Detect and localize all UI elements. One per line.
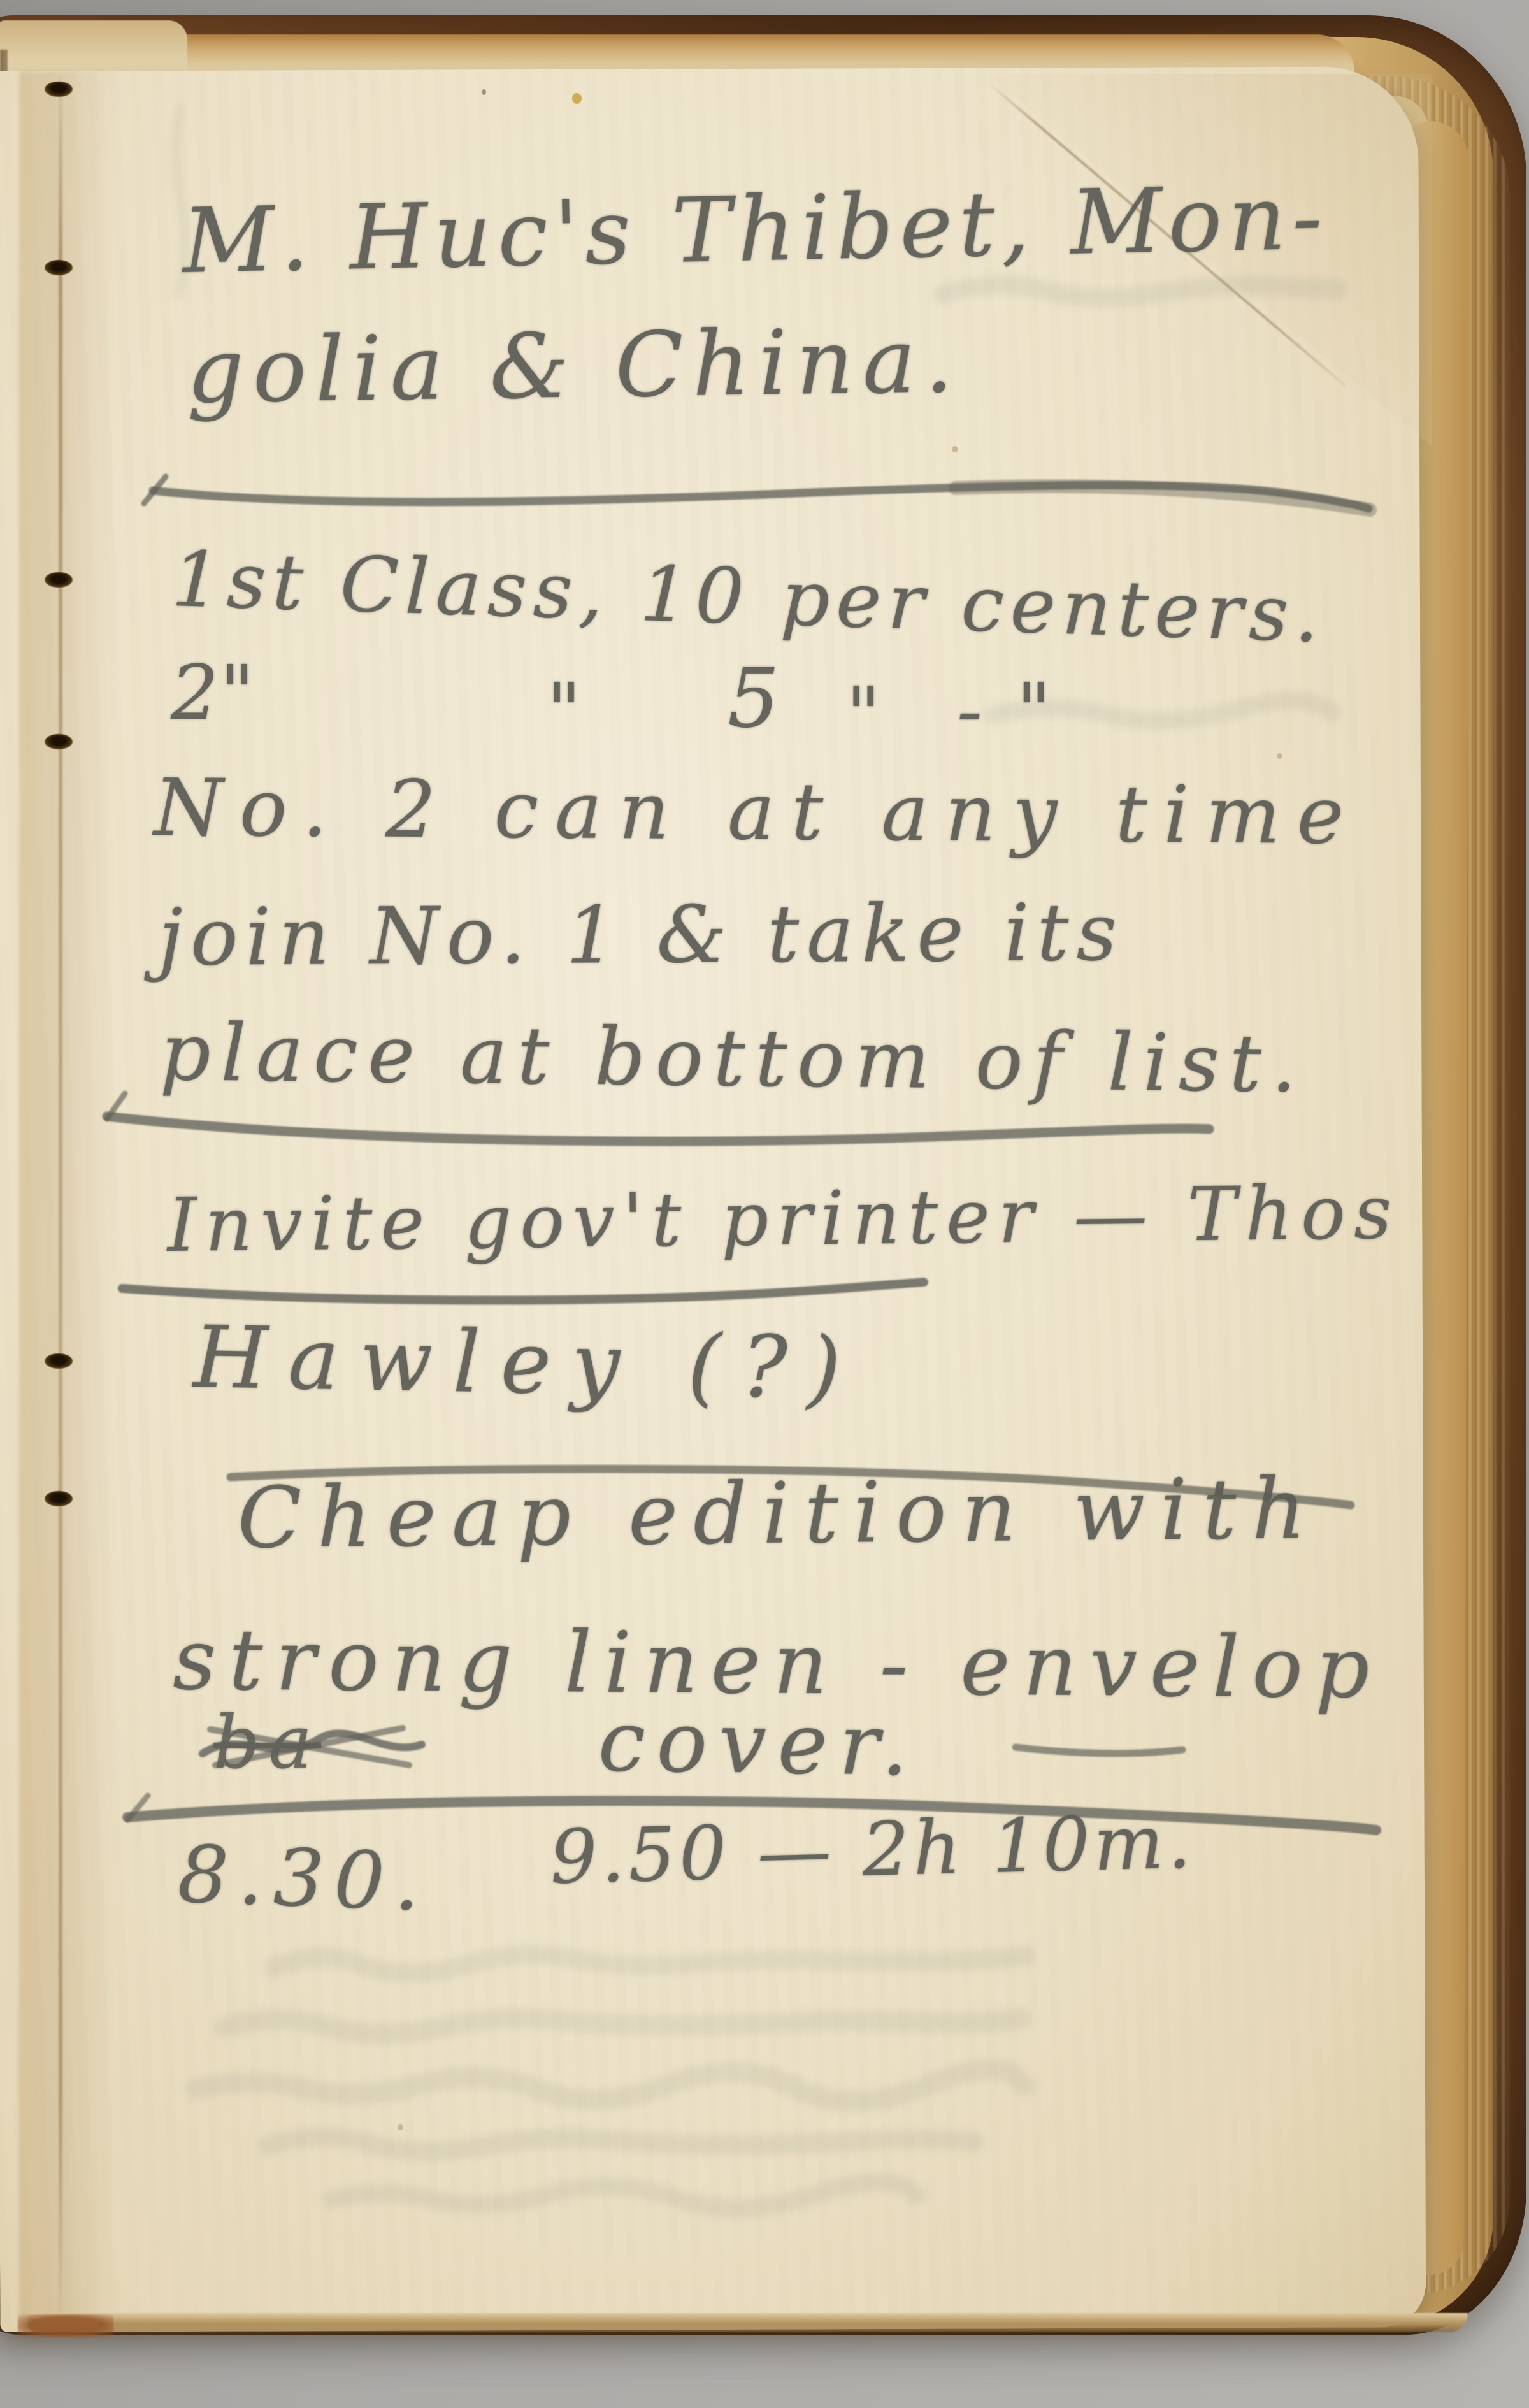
handwriting-printer-line-1: Invite gov't printer — Thos bbox=[167, 1170, 1400, 1269]
handwriting-ditto-2nd: 2" bbox=[171, 649, 255, 737]
handwriting-edition-line-1: Cheap edition with bbox=[237, 1460, 1321, 1568]
handwriting-time-right: 9.50 — 2h 10m. bbox=[549, 1799, 1196, 1901]
handwriting-ditto-mark: - " bbox=[957, 667, 1056, 754]
handwriting-ditto-mark: " bbox=[846, 670, 880, 758]
handwriting-note-line-2: join No. 1 & take its bbox=[158, 887, 1124, 984]
handwriting-printer-line-2: Hawley (?) bbox=[192, 1308, 862, 1418]
handwriting-edition-line-3: cover. bbox=[598, 1692, 921, 1795]
handwriting-note-line-1: No. 2 can at any time bbox=[154, 762, 1361, 862]
handwriting-ditto-5: 5 bbox=[728, 651, 779, 746]
handwriting-ditto-mark: " bbox=[547, 667, 581, 754]
handwriting-struck-word: ba bbox=[213, 1700, 321, 1785]
handwriting-time-left: 8.30. bbox=[176, 1829, 431, 1929]
handwriting-title-line-2: golia & China. bbox=[186, 309, 963, 424]
notebook-photo: M. Huc's Thibet, Mon- golia & China. 1st… bbox=[0, 0, 1529, 2408]
handwriting-note-line-3: place at bottom of list. bbox=[159, 1007, 1307, 1111]
